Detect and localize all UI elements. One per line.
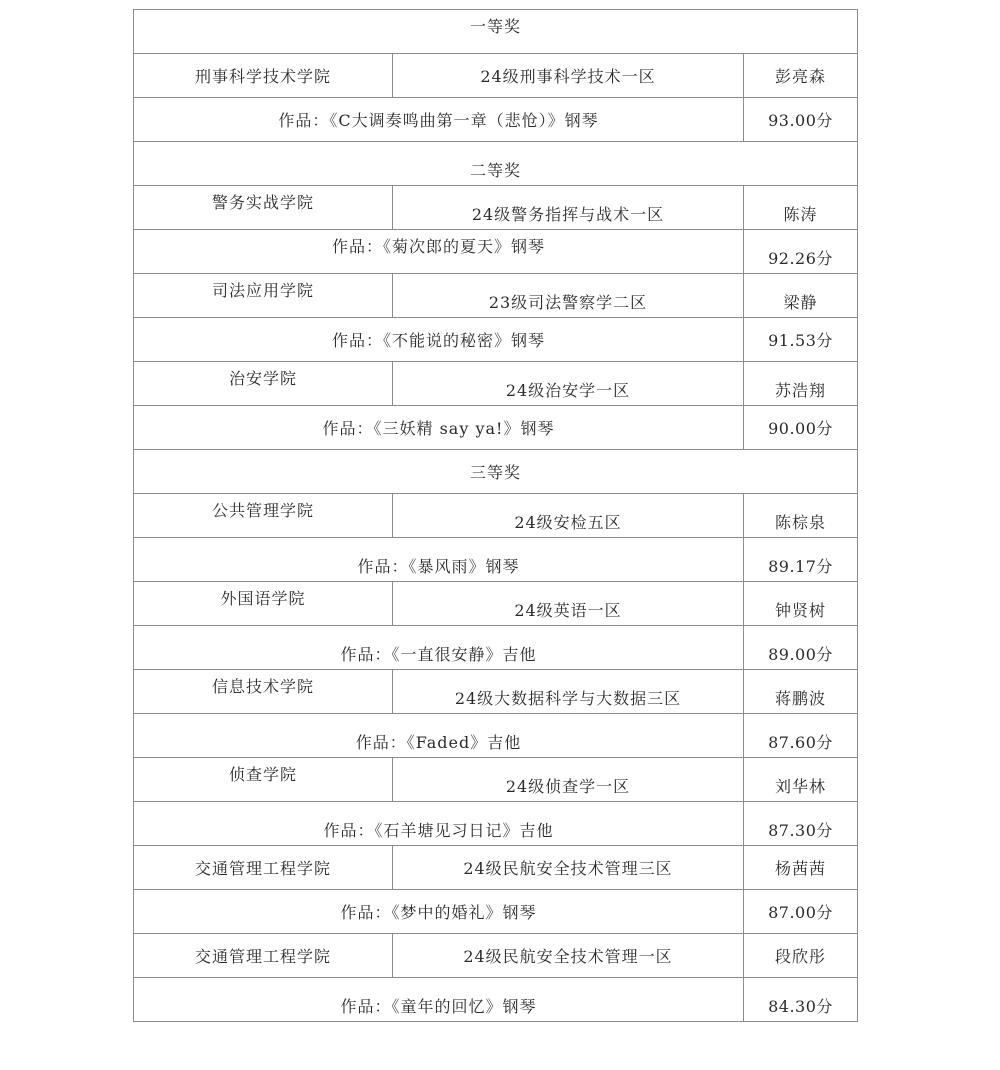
name-cell: 陈棕泉 (744, 494, 858, 538)
score-cell: 87.60分 (744, 714, 858, 758)
work-row: 作品：《暴风雨》钢琴 89.17分 (134, 538, 858, 582)
class-cell: 24级侦查学一区 (393, 758, 744, 802)
name-cell: 苏浩翔 (744, 362, 858, 406)
work-row: 作品：《菊次郎的夏天》钢琴 92.26分 (134, 230, 858, 274)
award-title-second: 二等奖 (134, 142, 858, 186)
work-cell: 作品：《Faded》吉他 (134, 714, 744, 758)
entry-row: 司法应用学院 23级司法警察学二区 梁静 (134, 274, 858, 318)
name-cell: 段欣彤 (744, 934, 858, 978)
work-row: 作品：《不能说的秘密》钢琴 91.53分 (134, 318, 858, 362)
name-cell: 刘华林 (744, 758, 858, 802)
awards-table: 一等奖 刑事科学技术学院 24级刑事科学技术一区 彭亮森 作品：《C大调奏鸣曲第… (133, 9, 858, 1022)
score-cell: 84.30分 (744, 978, 858, 1022)
work-row: 作品：《梦中的婚礼》钢琴 87.00分 (134, 890, 858, 934)
name-cell: 彭亮森 (744, 54, 858, 98)
name-cell: 陈涛 (744, 186, 858, 230)
entry-row: 刑事科学技术学院 24级刑事科学技术一区 彭亮森 (134, 54, 858, 98)
college-cell: 信息技术学院 (134, 670, 393, 714)
class-cell: 24级大数据科学与大数据三区 (393, 670, 744, 714)
award-header-row: 三等奖 (134, 450, 858, 494)
entry-row: 警务实战学院 24级警务指挥与战术一区 陈涛 (134, 186, 858, 230)
work-row: 作品：《C大调奏鸣曲第一章（悲怆）》钢琴 93.00分 (134, 98, 858, 142)
award-title-third: 三等奖 (134, 450, 858, 494)
score-cell: 87.00分 (744, 890, 858, 934)
score-cell: 90.00分 (744, 406, 858, 450)
college-cell: 刑事科学技术学院 (134, 54, 393, 98)
college-cell: 警务实战学院 (134, 186, 393, 230)
work-row: 作品：《石羊塘见习日记》吉他 87.30分 (134, 802, 858, 846)
entry-row: 治安学院 24级治安学一区 苏浩翔 (134, 362, 858, 406)
class-cell: 24级安检五区 (393, 494, 744, 538)
work-cell: 作品：《三妖精 say ya!》钢琴 (134, 406, 744, 450)
score-cell: 89.17分 (744, 538, 858, 582)
entry-row: 公共管理学院 24级安检五区 陈棕泉 (134, 494, 858, 538)
name-cell: 蒋鹏波 (744, 670, 858, 714)
score-cell: 91.53分 (744, 318, 858, 362)
name-cell: 钟贤树 (744, 582, 858, 626)
entry-row: 侦查学院 24级侦查学一区 刘华林 (134, 758, 858, 802)
work-cell: 作品：《一直很安静》吉他 (134, 626, 744, 670)
work-cell: 作品：《童年的回忆》钢琴 (134, 978, 744, 1022)
college-cell: 侦查学院 (134, 758, 393, 802)
name-cell: 梁静 (744, 274, 858, 318)
score-cell: 93.00分 (744, 98, 858, 142)
work-cell: 作品：《石羊塘见习日记》吉他 (134, 802, 744, 846)
entry-row: 信息技术学院 24级大数据科学与大数据三区 蒋鹏波 (134, 670, 858, 714)
award-header-row: 一等奖 (134, 10, 858, 54)
award-title-first: 一等奖 (134, 10, 858, 54)
entry-row: 交通管理工程学院 24级民航安全技术管理一区 段欣彤 (134, 934, 858, 978)
class-cell: 24级民航安全技术管理一区 (393, 934, 744, 978)
work-row: 作品：《三妖精 say ya!》钢琴 90.00分 (134, 406, 858, 450)
name-cell: 杨茜茜 (744, 846, 858, 890)
entry-row: 外国语学院 24级英语一区 钟贤树 (134, 582, 858, 626)
work-cell: 作品：《菊次郎的夏天》钢琴 (134, 230, 744, 274)
award-header-row: 二等奖 (134, 142, 858, 186)
class-cell: 24级刑事科学技术一区 (393, 54, 744, 98)
class-cell: 24级警务指挥与战术一区 (393, 186, 744, 230)
college-cell: 治安学院 (134, 362, 393, 406)
class-cell: 24级治安学一区 (393, 362, 744, 406)
work-row: 作品：《Faded》吉他 87.60分 (134, 714, 858, 758)
class-cell: 24级英语一区 (393, 582, 744, 626)
college-cell: 交通管理工程学院 (134, 846, 393, 890)
class-cell: 23级司法警察学二区 (393, 274, 744, 318)
work-cell: 作品：《不能说的秘密》钢琴 (134, 318, 744, 362)
college-cell: 外国语学院 (134, 582, 393, 626)
entry-row: 交通管理工程学院 24级民航安全技术管理三区 杨茜茜 (134, 846, 858, 890)
work-cell: 作品：《暴风雨》钢琴 (134, 538, 744, 582)
work-row: 作品：《童年的回忆》钢琴 84.30分 (134, 978, 858, 1022)
college-cell: 交通管理工程学院 (134, 934, 393, 978)
work-row: 作品：《一直很安静》吉他 89.00分 (134, 626, 858, 670)
score-cell: 89.00分 (744, 626, 858, 670)
class-cell: 24级民航安全技术管理三区 (393, 846, 744, 890)
score-cell: 87.30分 (744, 802, 858, 846)
work-cell: 作品：《梦中的婚礼》钢琴 (134, 890, 744, 934)
score-cell: 92.26分 (744, 230, 858, 274)
college-cell: 司法应用学院 (134, 274, 393, 318)
college-cell: 公共管理学院 (134, 494, 393, 538)
work-cell: 作品：《C大调奏鸣曲第一章（悲怆）》钢琴 (134, 98, 744, 142)
